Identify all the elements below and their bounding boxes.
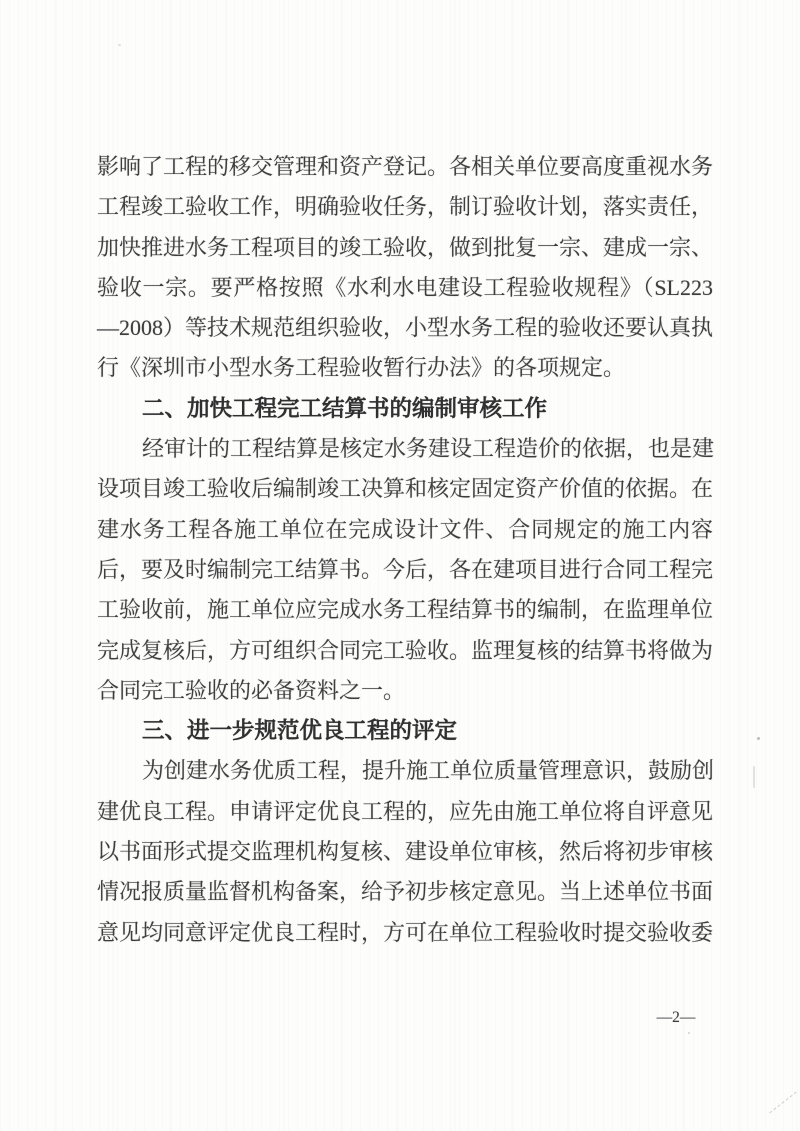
body-line: —2008）等技术规范组织验收，小型水务工程的验收还要认真执 — [97, 308, 713, 348]
document-text-block: 影响了工程的移交管理和资产登记。各相关单位要高度重视水务 工程竣工验收工作，明确… — [97, 147, 713, 953]
body-line: 影响了工程的移交管理和资产登记。各相关单位要高度重视水务 — [97, 147, 713, 187]
body-line: 以书面形式提交监理机构复核、建设单位审核，然后将初步审核 — [97, 832, 713, 872]
body-line: 情况报质量监督机构备案，给予初步核定意见。当上述单位书面 — [97, 872, 713, 912]
section-heading-3: 三、进一步规范优良工程的评定 — [97, 711, 713, 751]
page-number: —2— — [644, 1006, 708, 1030]
scanned-document-page: { "document": { "lines": [ { "text": "影响… — [0, 0, 800, 1131]
scan-speck — [118, 44, 121, 46]
body-line: 建优良工程。申请评定优良工程的，应先由施工单位将自评意见 — [97, 792, 713, 832]
body-line: 建水务工程各施工单位在完成设计文件、合同规定的施工内容 — [97, 510, 713, 550]
body-line: 行《深圳市小型水务工程验收暂行办法》的各项规定。 — [97, 348, 713, 388]
body-line: 为创建水务优质工程，提升施工单位质量管理意识，鼓励创 — [97, 751, 713, 791]
scanner-corner-artifact — [769, 1092, 796, 1114]
body-line: 经审计的工程结算是核定水务建设工程造价的依据，也是建 — [97, 429, 713, 469]
body-line: 意见均同意评定优良工程时，方可在单位工程验收时提交验收委 — [97, 913, 713, 953]
section-heading-2: 二、加快工程完工结算书的编制审核工作 — [97, 389, 713, 429]
body-line: 完成复核后，方可组织合同完工验收。监理复核的结算书将做为 — [97, 631, 713, 671]
body-line: 合同完工验收的必备资料之一。 — [97, 671, 713, 711]
scan-speck — [753, 766, 755, 788]
body-line: 验收一宗。要严格按照《水利水电建设工程验收规程》（SL223 — [97, 268, 713, 308]
body-line: 工程竣工验收工作，明确验收任务，制订验收计划，落实责任， — [97, 187, 713, 227]
scan-speck — [688, 1032, 690, 1034]
body-line: 工验收前，施工单位应完成水务工程结算书的编制，在监理单位 — [97, 590, 713, 630]
scan-speck — [757, 737, 760, 740]
body-line: 设项目竣工验收后编制竣工决算和核定固定资产价值的依据。在 — [97, 469, 713, 509]
body-line: 后，要及时编制完工结算书。今后，各在建项目进行合同工程完 — [97, 550, 713, 590]
body-line: 加快推进水务工程项目的竣工验收，做到批复一宗、建成一宗、 — [97, 228, 713, 268]
